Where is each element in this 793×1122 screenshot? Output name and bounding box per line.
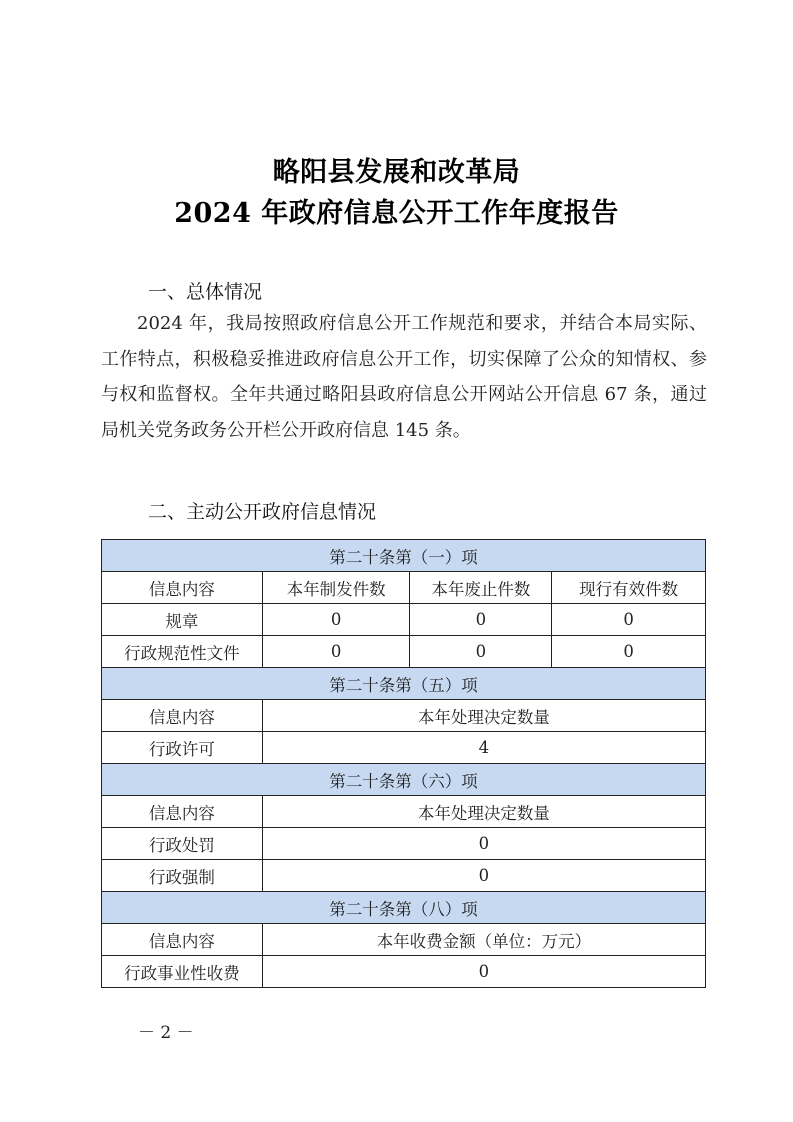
table-section-header: 第二十条第（五）项 [102,668,706,700]
cell-value: 0 [262,860,705,892]
cell-value: 0 [262,604,410,636]
cell-value: 0 [262,636,410,668]
table-header-row: 信息内容 本年处理决定数量 [102,796,706,828]
row-label: 行政许可 [102,732,263,764]
table-header-row: 信息内容 本年制发件数 本年废止件数 现行有效件数 [102,572,706,604]
section-title: 第二十条第（八）项 [102,892,706,924]
column-header: 信息内容 [102,796,263,828]
cell-value: 0 [262,956,705,988]
table-row: 行政事业性收费 0 [102,956,706,988]
table-row: 行政许可 4 [102,732,706,764]
cell-value: 0 [552,636,706,668]
table-section-header: 第二十条第（一）项 [102,540,706,572]
table-header-row: 信息内容 本年处理决定数量 [102,700,706,732]
disclosure-table: 第二十条第（一）项 信息内容 本年制发件数 本年废止件数 现行有效件数 规章 0… [101,539,706,988]
section-title: 第二十条第（六）项 [102,764,706,796]
table-section-header: 第二十条第（六）项 [102,764,706,796]
cell-value: 0 [262,828,705,860]
column-header: 信息内容 [102,700,263,732]
column-header: 现行有效件数 [552,572,706,604]
cell-value: 0 [410,636,552,668]
cell-value: 0 [410,604,552,636]
row-label: 行政事业性收费 [102,956,263,988]
overview-text: 2024 年，我局按照政府信息公开工作规范和要求，并结合本局实际、工作特点，积极… [101,306,707,448]
overview-paragraph: 2024 年，我局按照政府信息公开工作规范和要求，并结合本局实际、工作特点，积极… [101,306,707,448]
row-label: 行政处罚 [102,828,263,860]
section-heading-active-disclosure: 二、主动公开政府信息情况 [148,497,376,524]
section-heading-overview: 一、总体情况 [148,277,262,304]
cell-value: 0 [552,604,706,636]
column-header: 信息内容 [102,924,263,956]
row-label: 行政规范性文件 [102,636,263,668]
table-header-row: 信息内容 本年收费金额（单位：万元） [102,924,706,956]
report-title-line1: 略阳县发展和改革局 [0,150,793,189]
row-label: 行政强制 [102,860,263,892]
table-row: 行政强制 0 [102,860,706,892]
column-header: 本年收费金额（单位：万元） [262,924,705,956]
column-header: 本年制发件数 [262,572,410,604]
section-title: 第二十条第（一）项 [102,540,706,572]
report-title-line2: 2024 年政府信息公开工作年度报告 [0,191,793,230]
column-header: 本年处理决定数量 [262,796,705,828]
table-row: 行政规范性文件 0 0 0 [102,636,706,668]
table-row: 规章 0 0 0 [102,604,706,636]
column-header: 信息内容 [102,572,263,604]
table-section-header: 第二十条第（八）项 [102,892,706,924]
page-number: － 2 － [138,1018,194,1043]
column-header: 本年废止件数 [410,572,552,604]
column-header: 本年处理决定数量 [262,700,705,732]
row-label: 规章 [102,604,263,636]
cell-value: 4 [262,732,705,764]
table-row: 行政处罚 0 [102,828,706,860]
section-title: 第二十条第（五）项 [102,668,706,700]
